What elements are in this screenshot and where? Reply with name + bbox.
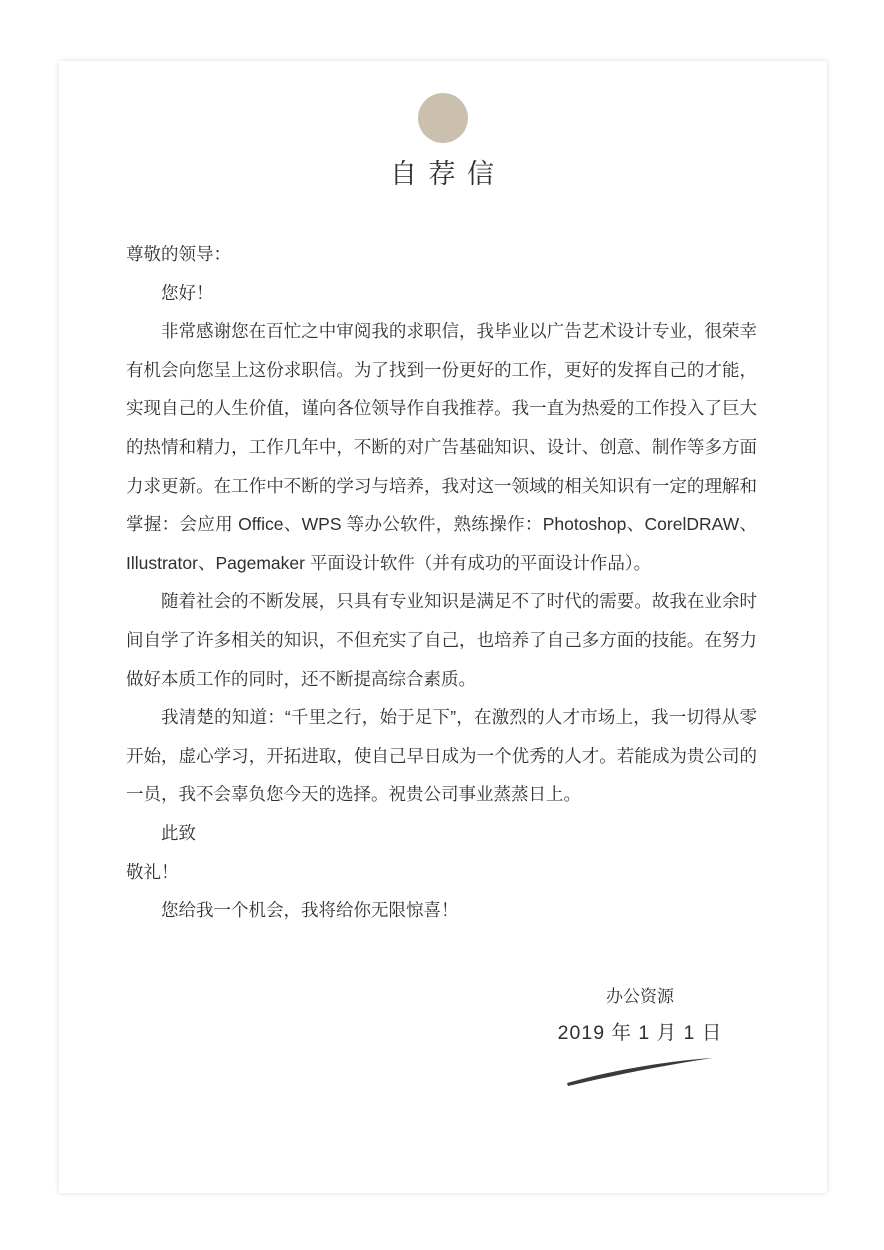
- paragraph: 敬礼！: [126, 853, 757, 892]
- salutation: 尊敬的领导：: [126, 235, 757, 274]
- logo-circle: [418, 93, 468, 143]
- signature-name: 办公资源: [530, 986, 750, 1008]
- letter-page: 自 荐 信 尊敬的领导： 您好！非常感谢您在百忙之中审阅我的求职信，我毕业以广告…: [59, 61, 827, 1193]
- signature-block: 办公资源 2019 年 1 月 1 日: [530, 986, 750, 1088]
- signature-date: 2019 年 1 月 1 日: [530, 1020, 750, 1046]
- paragraph: 您好！: [126, 274, 757, 313]
- document-viewer: 自 荐 信 尊敬的领导： 您好！非常感谢您在百忙之中审阅我的求职信，我毕业以广告…: [0, 0, 884, 1250]
- letter-body: 尊敬的领导： 您好！非常感谢您在百忙之中审阅我的求职信，我毕业以广告艺术设计专业…: [126, 235, 757, 930]
- paragraph: 您给我一个机会，我将给你无限惊喜！: [126, 891, 757, 930]
- paragraph: 此致: [126, 814, 757, 853]
- letter-title: 自 荐 信: [59, 152, 827, 191]
- paragraph: 随着社会的不断发展，只具有专业知识是满足不了时代的需要。故我在业余时间自学了许多…: [126, 582, 757, 698]
- paragraph: 我清楚的知道：“千里之行，始于足下”，在激烈的人才市场上，我一切得从零开始，虚心…: [126, 698, 757, 814]
- paragraph: 非常感谢您在百忙之中审阅我的求职信，我毕业以广告艺术设计专业，很荣幸有机会向您呈…: [126, 312, 757, 582]
- paragraph-list: 您好！非常感谢您在百忙之中审阅我的求职信，我毕业以广告艺术设计专业，很荣幸有机会…: [126, 274, 757, 930]
- signature-swoosh-stroke-icon: [565, 1054, 715, 1088]
